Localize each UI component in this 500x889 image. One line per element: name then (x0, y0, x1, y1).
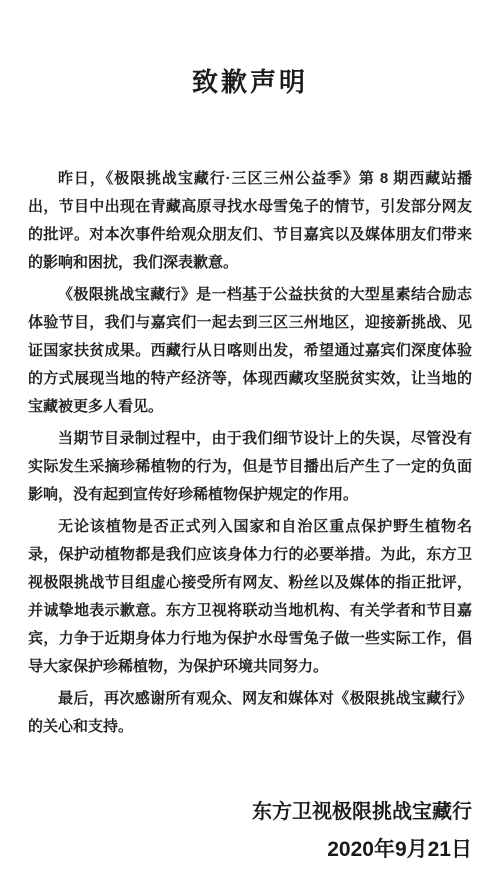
apology-statement-page: 致歉声明 昨日，《极限挑战宝藏行·三区三州公益季》第 8 期西藏站播出，节目中出… (0, 0, 500, 889)
paragraph-4: 无论该植物是否正式列入国家和自治区重点保护野生植物名录，保护动植物都是我们应该身… (28, 513, 472, 681)
signature-block: 东方卫视极限挑战宝藏行 2020年9月21日 (0, 799, 500, 863)
date-text: 2020年9月21日 (28, 837, 472, 863)
paragraph-1: 昨日，《极限挑战宝藏行·三区三州公益季》第 8 期西藏站播出，节目中出现在青藏高… (28, 165, 472, 277)
document-body: 昨日，《极限挑战宝藏行·三区三州公益季》第 8 期西藏站播出，节目中出现在青藏高… (0, 165, 500, 741)
signature-text: 东方卫视极限挑战宝藏行 (28, 799, 472, 825)
page-title: 致歉声明 (0, 0, 500, 99)
paragraph-5: 最后，再次感谢所有观众、网友和媒体对《极限挑战宝藏行》的关心和支持。 (28, 685, 472, 741)
paragraph-2: 《极限挑战宝藏行》是一档基于公益扶贫的大型星素结合励志体验节目，我们与嘉宾们一起… (28, 281, 472, 421)
paragraph-3: 当期节目录制过程中，由于我们细节设计上的失误，尽管没有实际发生采摘珍稀植物的行为… (28, 425, 472, 509)
